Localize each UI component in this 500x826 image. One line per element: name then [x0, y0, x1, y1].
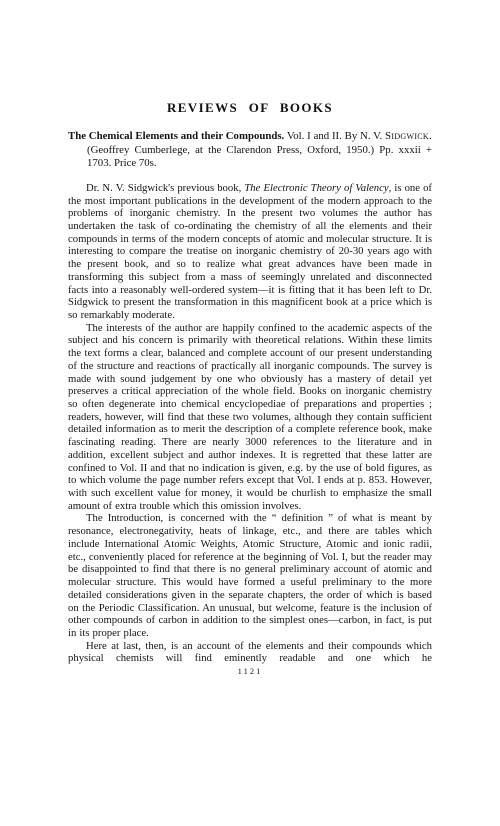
paragraph-2: The interests of the author are happily …	[68, 322, 432, 513]
page-title: REVIEWS OF BOOKS	[68, 100, 432, 116]
volume-info: Vol. I and II. By N. V.	[284, 130, 385, 142]
cited-book-title: The Electronic Theory of Valency	[244, 182, 388, 194]
review-citation: The Chemical Elements and their Compound…	[68, 130, 432, 171]
imprint-info: (Geoffrey Cumberlege, at the Clarendon P…	[87, 144, 432, 170]
page-number: 1121	[68, 666, 432, 676]
paragraph-3: The Introduction, is concerned with the …	[68, 512, 432, 639]
scanned-page: REVIEWS OF BOOKS The Chemical Elements a…	[0, 0, 500, 826]
paragraph-4: Here at last, then, is an account of the…	[68, 640, 432, 665]
paragraph-1-lead: Dr. N. V. Sidgwick's previous book,	[86, 182, 244, 194]
author-name: Sidgwick.	[385, 130, 432, 142]
book-title: The Chemical Elements and their Compound…	[68, 130, 284, 142]
paragraph-1: Dr. N. V. Sidgwick's previous book, The …	[68, 182, 432, 322]
paragraph-1-rest: , is one of the most important publicati…	[68, 182, 432, 321]
